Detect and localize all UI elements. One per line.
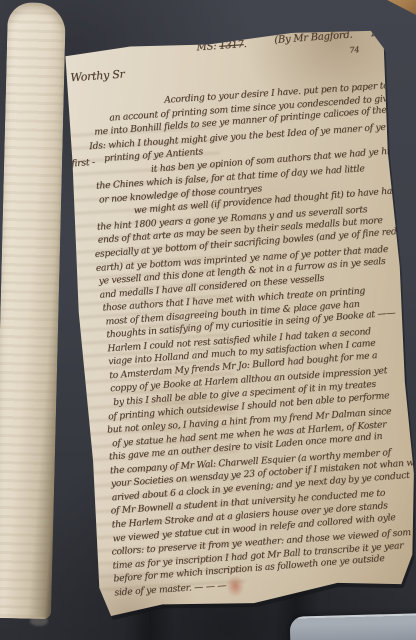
attribution-note: (By Mr Bagford. xyxy=(274,30,353,46)
page-header: MS: 1317. (By Mr Bagford. 1 xyxy=(58,27,385,70)
shelfmark-period: . xyxy=(243,39,247,50)
manuscript-page: MS: 1317. (By Mr Bagford. 1 74 Worthy Sr… xyxy=(58,25,416,622)
wood-table-corner xyxy=(376,0,416,24)
page-number: 1 xyxy=(370,28,377,39)
photo-scene: MS: 1317. (By Mr Bagford. 1 74 Worthy Sr… xyxy=(0,0,416,640)
shelfmark: MS: 1317. xyxy=(196,39,247,53)
cloth-light-spot xyxy=(30,616,48,626)
shelfmark-number-struck: 1317 xyxy=(219,39,244,52)
gray-object-bottom-right xyxy=(290,613,416,640)
book-fore-edge xyxy=(0,2,66,619)
red-seal-mark xyxy=(226,574,245,597)
shelfmark-label: MS: xyxy=(196,41,216,53)
salutation: Worthy Sr xyxy=(70,68,125,85)
folio-number: 74 xyxy=(349,45,359,55)
letter-body: Acording to your desire I have. put pen … xyxy=(72,78,416,600)
